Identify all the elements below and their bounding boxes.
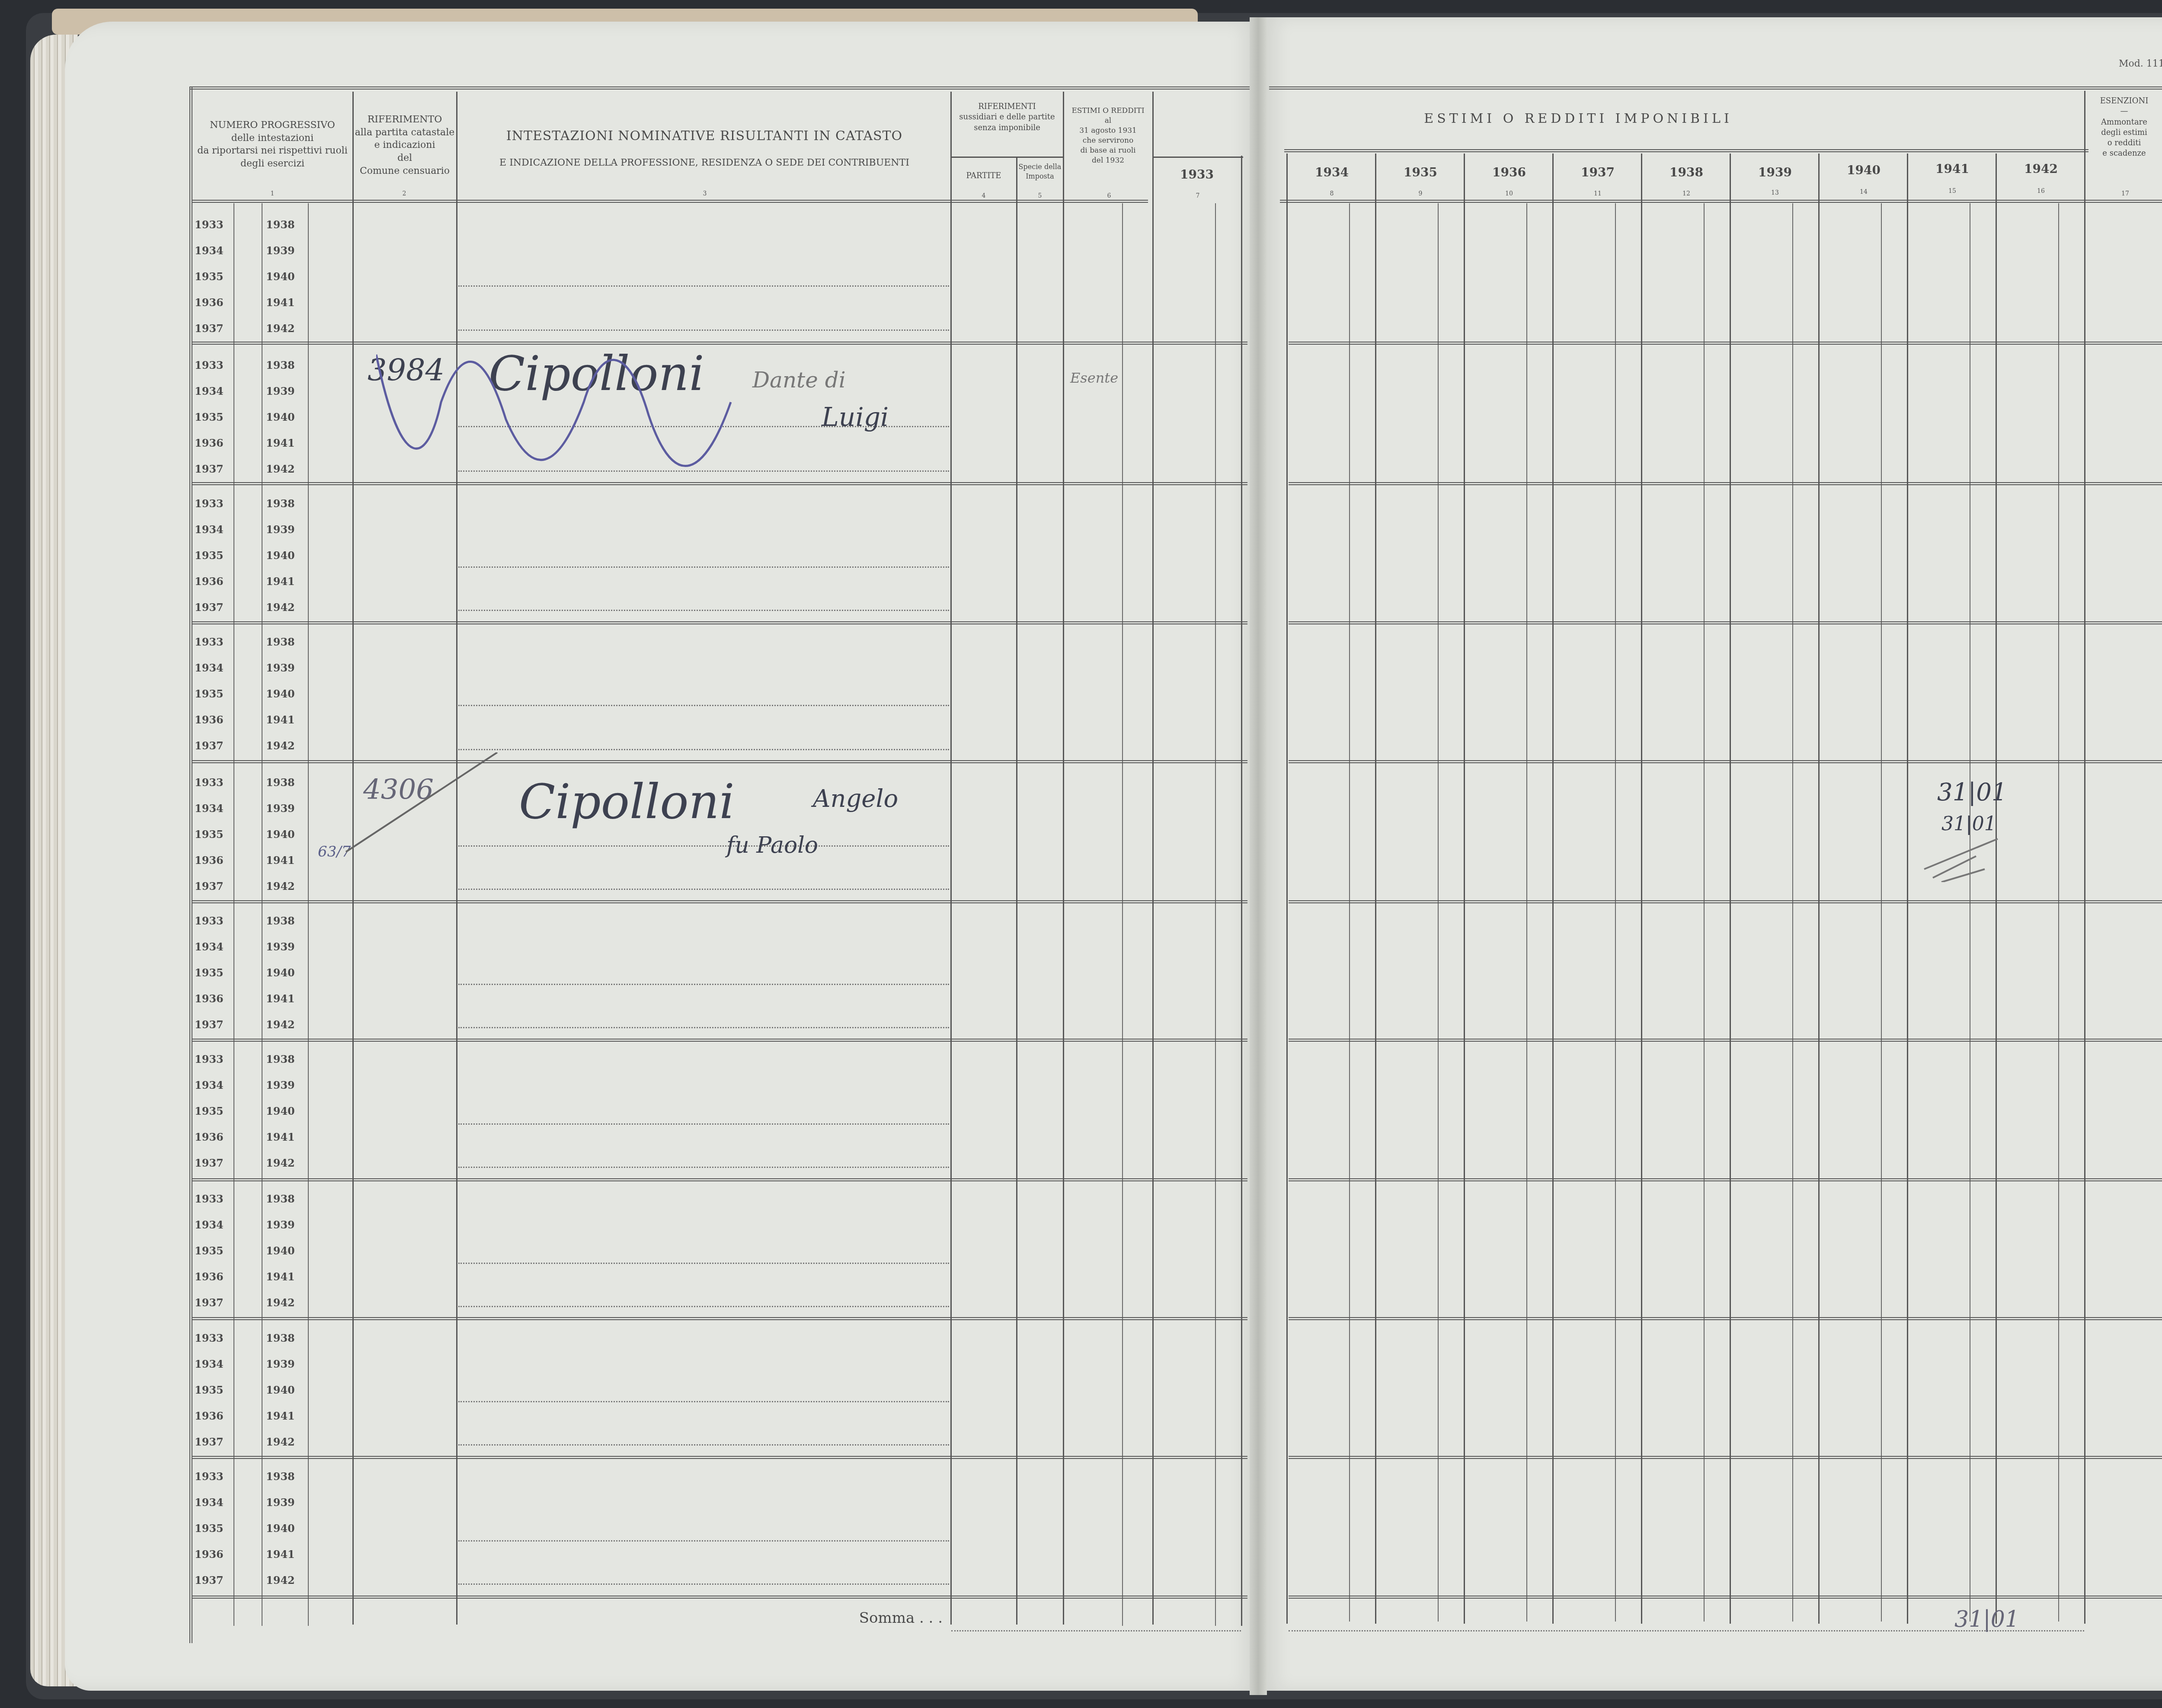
column-number: 8 [1323,190,1340,197]
underline-strokes-icon [1920,822,2006,882]
name-line [458,1583,949,1585]
header-text: sussidiari e delle partite [951,112,1063,122]
column-number: 1 [264,190,281,197]
year-label: 1935 [195,549,224,562]
col-divider [1152,92,1154,1625]
col-divider [1464,154,1465,1624]
col-subdivider [1881,203,1882,1622]
header-text: 31 agosto 1931 [1064,126,1152,136]
book-gutter [1250,17,1267,1695]
column-number: 13 [1766,189,1784,196]
col-subdivider [308,203,309,1626]
year-label: 1933 [195,1332,224,1344]
header-year: 1941 [1909,161,1996,177]
year-label: 1937 [195,1018,224,1031]
year-label: 1935 [195,828,224,841]
year-label: 1940 [266,966,295,979]
year-label: 1942 [266,1574,295,1586]
year-label: 1942 [266,1296,295,1309]
right-page [1263,17,2162,1691]
year-label: 1936 [195,1270,224,1283]
name-line [458,1167,949,1168]
group-separator [1289,760,2162,763]
group-separator [1289,1317,2162,1320]
header-year: 1942 [1998,161,2084,177]
year-label: 1934 [195,1219,224,1231]
name-line [458,1540,949,1542]
column-number: 10 [1500,190,1518,197]
year-label: 1934 [195,1079,224,1091]
year-label: 1935 [195,1384,224,1396]
year-label: 1935 [195,270,224,283]
col-subdivider [1349,203,1350,1622]
name-line [458,566,949,568]
year-label: 1935 [195,688,224,700]
col-divider [1641,154,1642,1624]
handwritten-detail: fu Paolo [726,832,818,858]
col-divider [1241,156,1242,1626]
col-divider [456,92,457,1625]
header-text: di base ai ruoli [1064,146,1152,156]
year-label: 1935 [195,411,224,423]
year-label: 1939 [266,523,295,536]
year-label: 1937 [195,1574,224,1586]
column-number: 15 [1944,188,1961,195]
year-label: 1939 [266,940,295,953]
name-line [458,889,949,890]
year-label: 1935 [195,1105,224,1117]
header-text: del 1932 [1064,156,1152,166]
year-label: 1940 [266,270,295,283]
year-label: 1935 [195,1244,224,1257]
year-label: 1936 [195,296,224,309]
header-text: senza imponibile [951,123,1063,133]
year-label: 1936 [195,1548,224,1561]
col-subdivider [1438,203,1439,1622]
col-divider [1907,154,1908,1624]
header-specie-imposta: Specie della Imposta [1017,162,1063,181]
group-separator [1289,342,2162,345]
year-label: 1939 [266,385,295,397]
year-label: 1936 [195,1410,224,1422]
header-text: al [1064,116,1152,126]
year-label: 1940 [266,1384,295,1396]
year-label: 1939 [266,1219,295,1231]
column-number: 5 [1031,192,1049,199]
header-year: 1939 [1732,164,1818,181]
year-label: 1938 [266,1193,295,1205]
group-separator [192,1178,1247,1181]
name-line [458,1401,949,1402]
header-year: 1935 [1377,164,1464,181]
year-label: 1938 [266,1332,295,1344]
year-label: 1941 [266,575,295,588]
column-number: 6 [1100,192,1118,199]
col-subdivider [1704,203,1705,1622]
column-number: 12 [1678,190,1695,197]
group-separator [192,1039,1247,1042]
year-label: 1933 [195,1470,224,1483]
year-label: 1934 [195,940,224,953]
handwritten-detail: Angelo [813,785,898,813]
year-label: 1938 [266,1053,295,1065]
year-label: 1934 [195,662,224,674]
year-label: 1939 [266,662,295,674]
name-line [458,329,949,331]
year-label: 1935 [195,1522,224,1535]
header-esenzioni: ESENZIONI — Ammontare degli estimi o red… [2086,96,2162,159]
col-subdivider [2058,203,2059,1622]
column-number: 14 [1855,189,1872,195]
handwritten-name: Cipolloni [519,774,735,829]
col-subdivider [1970,203,1970,1622]
name-line [458,610,949,611]
col-divider [950,92,952,1625]
year-label: 1936 [195,1131,224,1143]
year-label: 1940 [266,1522,295,1535]
group-separator [192,342,1247,345]
year-label: 1939 [266,802,295,815]
col-subdivider [262,203,262,1626]
year-label: 1942 [266,1436,295,1448]
year-label: 1934 [195,385,224,397]
year-label: 1940 [266,828,295,841]
name-line [458,1123,949,1125]
year-label: 1941 [266,1131,295,1143]
header-year: 1934 [1289,164,1375,181]
year-label: 1934 [195,1358,224,1370]
header-text: o redditi [2086,138,2162,148]
group-separator [1289,482,2162,485]
header-estimi-1931: ESTIMI O REDDITI al 31 agosto 1931 che s… [1064,106,1152,166]
year-label: 1933 [195,636,224,648]
col-subdivider [233,203,234,1626]
year-label: 1940 [266,1244,295,1257]
name-line [458,984,949,985]
year-label: 1934 [195,523,224,536]
column-number: 7 [1189,192,1206,199]
year-label: 1937 [195,1296,224,1309]
header-col3-subtitle: E INDICAZIONE DELLA PROFESSIONE, RESIDEN… [458,157,950,170]
year-label: 1937 [195,1436,224,1448]
year-label: 1934 [195,244,224,257]
year-label: 1937 [195,880,224,892]
year-label: 1937 [195,601,224,614]
year-label: 1938 [266,359,295,371]
col-divider [1818,154,1820,1624]
year-label: 1941 [266,992,295,1005]
header-bottom-border [192,200,1148,203]
header-text: del [354,152,456,165]
group-separator [1289,900,2162,903]
col7-split [1152,157,1243,158]
header-esenzioni-title: ESENZIONI [2086,96,2162,106]
left-page [65,22,1258,1691]
header-text: Ammontare [2086,117,2162,128]
col-divider [1996,154,1997,1624]
year-label: 1937 [195,1157,224,1169]
year-label: 1937 [195,322,224,335]
header-riferimenti-title: RIFERIMENTI [951,102,1063,112]
header-text: da riportarsi nei rispettivi ruoli [192,144,352,157]
header-text: e scadenze [2086,148,2162,159]
column-number: 9 [1412,190,1429,197]
group-separator [192,1317,1247,1320]
section-title: ESTIMI O REDDITI IMPONIBILI [1362,110,1794,128]
year-label: 1941 [266,296,295,309]
col-divider [1016,157,1017,1625]
year-label: 1939 [266,1496,295,1509]
col-subdivider [1215,203,1216,1626]
header-text: Comune censuario [354,165,456,178]
column-number: 16 [2032,188,2050,195]
header-year-1933: 1933 [1154,166,1240,183]
year-label: 1933 [195,915,224,927]
year-label: 1938 [266,776,295,789]
col-divider [1286,154,1288,1624]
year-label: 1933 [195,218,224,231]
group-separator [192,482,1247,485]
year-label: 1940 [266,1105,295,1117]
header-text: delle intestazioni [192,132,352,145]
group-separator [192,900,1247,903]
year-label: 1941 [266,1270,295,1283]
year-label: 1941 [266,1410,295,1422]
somma-value: 31|01 [1954,1606,2019,1632]
year-label: 1942 [266,601,295,614]
table-left-border [189,86,192,1643]
year-label: 1933 [195,1193,224,1205]
header-col2: RIFERIMENTO alla partita catastale e ind… [354,113,456,177]
year-label: 1938 [266,636,295,648]
somma-line [951,1630,1241,1631]
year-label: 1933 [195,776,224,789]
header-text: — [2086,106,2162,117]
col-subdivider [1615,203,1616,1622]
year-label: 1936 [195,713,224,726]
year-label: 1934 [195,1496,224,1509]
year-label: 1936 [195,992,224,1005]
name-line [458,1027,949,1028]
year-label: 1937 [195,463,224,475]
year-label: 1936 [195,575,224,588]
group-separator [1289,1178,2162,1181]
col-divider [1552,154,1554,1624]
header-year: 1938 [1643,164,1730,181]
year-label: 1938 [266,497,295,510]
year-label: 1942 [266,322,295,335]
handwritten-value: 31|01 [1937,778,2007,806]
column-number: 4 [975,192,992,199]
header-col2-title: RIFERIMENTO [354,113,456,126]
header-text: che servirono [1064,136,1152,146]
name-line [458,749,949,750]
year-label: 1941 [266,854,295,867]
year-label: 1939 [266,244,295,257]
col-divider [1730,154,1731,1624]
year-label: 1941 [266,713,295,726]
group-separator [1289,1456,2162,1459]
year-label: 1939 [266,1358,295,1370]
year-label: 1940 [266,411,295,423]
year-label: 1938 [266,915,295,927]
year-label: 1937 [195,739,224,752]
name-line [458,1444,949,1446]
handwritten-esente: Esente [1070,370,1118,386]
year-label: 1934 [195,802,224,815]
year-label: 1942 [266,1018,295,1031]
form-id: Mod. 111 - Imposte Dirette (Intercalare)… [2119,58,2162,69]
col-divider [352,92,354,1625]
year-label: 1936 [195,437,224,449]
header-col1-title: NUMERO PROGRESSIVO [192,119,352,132]
col-divider [1063,92,1064,1625]
year-label: 1938 [266,218,295,231]
header-partite: PARTITE [951,171,1016,181]
year-label: 1938 [266,1470,295,1483]
name-line [458,1263,949,1264]
cancel-wave-icon [376,350,982,480]
cancel-stroke-icon [337,752,510,856]
somma-label: Somma . . . [813,1609,943,1628]
header-text: degli estimi [2086,128,2162,138]
column-number: 3 [696,190,713,197]
year-label: 1942 [266,463,295,475]
column-number: 17 [2117,190,2134,197]
header-text: alla partita catastale [354,126,456,139]
group-separator [1289,1039,2162,1042]
col-divider [1375,154,1376,1624]
year-label: 1942 [266,880,295,892]
years-header-top [1284,149,2088,152]
year-label: 1935 [195,966,224,979]
riferimenti-split [951,157,1063,158]
col-subdivider [1526,203,1527,1622]
year-label: 1939 [266,1079,295,1091]
name-line [458,285,949,287]
year-label: 1940 [266,549,295,562]
year-label: 1941 [266,1548,295,1561]
year-label: 1933 [195,359,224,371]
group-separator [1289,621,2162,624]
column-number: 11 [1589,190,1606,197]
group-separator [1289,1596,2162,1599]
table-top-border [190,86,1250,90]
col-subdivider [1792,203,1793,1622]
header-col1: NUMERO PROGRESSIVO delle intestazioni da… [192,119,352,170]
col-subdivider [1122,203,1123,1626]
col-divider [2084,91,2085,1624]
year-label: 1933 [195,497,224,510]
header-year: 1940 [1820,162,1907,179]
header-riferimenti: RIFERIMENTI sussidiari e delle partite s… [951,102,1063,133]
group-separator [192,1596,1247,1599]
year-label: 1936 [195,854,224,867]
name-line [458,705,949,706]
year-label: 1940 [266,688,295,700]
column-number: 2 [396,190,413,197]
header-year: 1936 [1466,164,1552,181]
year-label: 1942 [266,739,295,752]
header-bottom-border [1280,200,2162,203]
header-year: 1937 [1554,164,1641,181]
header-text: e indicazioni [354,139,456,152]
table-top-border [1269,86,2162,90]
name-line [458,845,949,847]
header-col3-title: INTESTAZIONI NOMINATIVE RISULTANTI IN CA… [458,128,950,145]
name-line [458,1306,949,1307]
header-estimi-title: ESTIMI O REDDITI [1064,106,1152,116]
year-label: 1933 [195,1053,224,1065]
year-label: 1941 [266,437,295,449]
year-label: 1942 [266,1157,295,1169]
header-text: degli esercizi [192,157,352,170]
group-separator [192,1456,1247,1459]
group-separator [192,621,1247,624]
